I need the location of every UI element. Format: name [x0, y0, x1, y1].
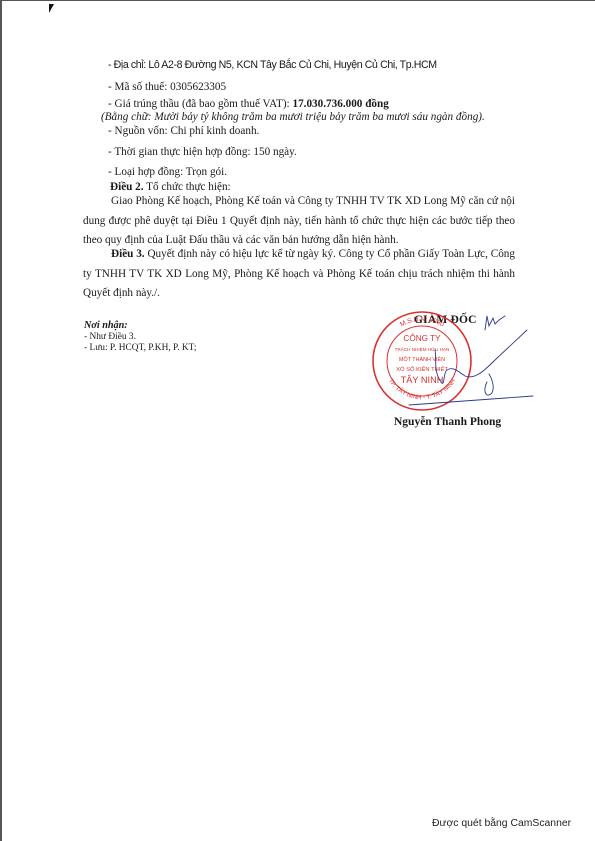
scan-corner-mark	[49, 4, 54, 13]
recipients-block: Nơi nhận: - Như Điều 3. - Lưu: P. HCQT, …	[84, 320, 196, 355]
price-in-words: (Bằng chữ: Mười bảy tỷ không trăm ba mươ…	[101, 110, 485, 124]
winning-price-value: 17.030.736.000 đồng	[292, 98, 388, 110]
winning-price-line: - Giá trúng thầu (đã bao gồm thuế VAT): …	[108, 97, 389, 111]
winning-price-label: - Giá trúng thầu (đã bao gồm thuế VAT):	[108, 98, 292, 110]
article3-body: Quyết định này có hiệu lực kể từ ngày ký…	[83, 248, 515, 299]
article2-body: Giao Phòng Kế hoạch, Phòng Kế toán và Cô…	[83, 192, 515, 251]
address-line: - Địa chỉ: Lô A2-8 Đường N5, KCN Tây Bắc…	[108, 58, 437, 72]
page-frame-left	[0, 0, 2, 841]
article3-paragraph: Điều 3. Quyết định này có hiệu lực kể từ…	[83, 245, 515, 304]
contract-duration-line: - Thời gian thực hiện hợp đồng: 150 ngày…	[108, 145, 297, 159]
recipients-heading: Nơi nhận:	[84, 320, 196, 332]
funding-source-line: - Nguồn vốn: Chi phí kinh doanh.	[108, 124, 259, 138]
article2-body-text: Giao Phòng Kế hoạch, Phòng Kế toán và Cô…	[83, 195, 515, 246]
handwritten-signature	[375, 310, 535, 410]
contract-type-line: - Loại hợp đồng: Trọn gói.	[108, 165, 227, 179]
recipient-item: - Lưu: P. HCQT, P.KH, P. KT;	[84, 343, 196, 355]
article3-heading: Điều 3.	[111, 248, 145, 260]
camscanner-watermark: Được quét bằng CamScanner	[432, 818, 571, 829]
signatory-name: Nguyễn Thanh Phong	[394, 416, 501, 428]
recipient-item: - Như Điều 3.	[84, 332, 196, 344]
page-frame-top	[0, 0, 595, 1]
tax-code-line: - Mã số thuế: 0305623305	[108, 80, 226, 94]
